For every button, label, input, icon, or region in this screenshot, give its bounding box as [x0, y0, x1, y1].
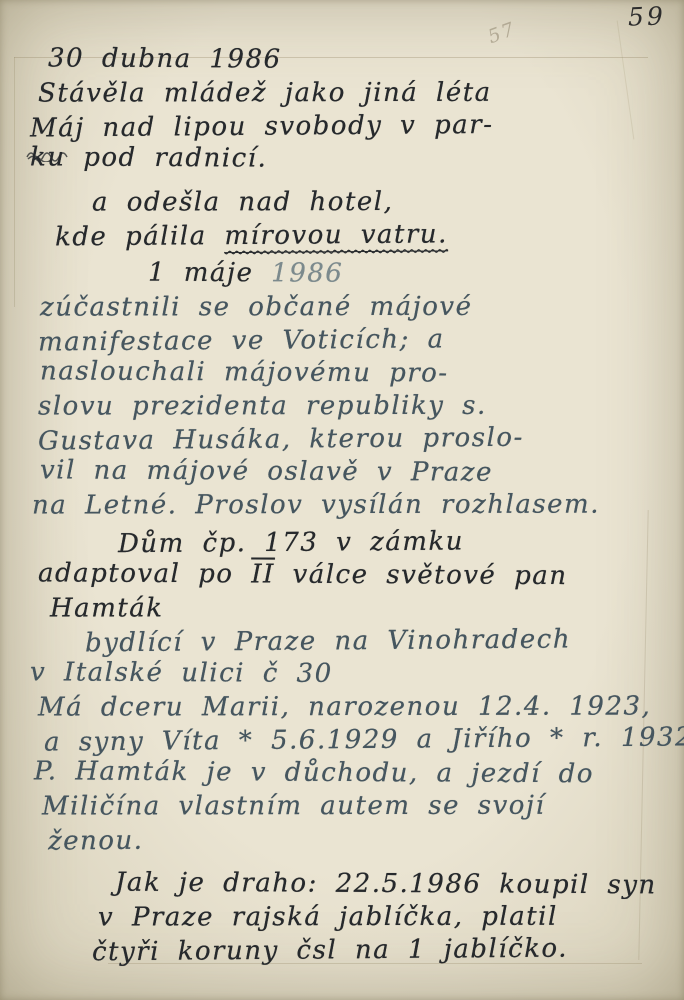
text-segment: naslouchali májovému pro- [40, 356, 449, 388]
text-segment: Stávěla mládež jako jiná léta [38, 78, 492, 109]
manuscript-line: na Letné. Proslov vysílán rozhlasem. [32, 488, 674, 522]
text-segment: II [251, 559, 275, 589]
text-segment: adaptoval po [38, 558, 251, 589]
text-segment: P. Hamták je v důchodu, a jezdí do [34, 756, 594, 789]
manuscript-line: 30 dubna 1986 [48, 42, 674, 78]
manuscript-text: 30 dubna 1986Stávěla mládež jako jiná lé… [30, 44, 674, 967]
text-segment: v Praze rajská jablíčka, platil [98, 902, 558, 933]
manuscript-line: Má dceru Marii, narozenou 12.4. 1923, [38, 690, 674, 724]
text-segment: slovu prezidenta republiky s. [38, 391, 487, 422]
manuscript-line: čtyři koruny čsl na 1 jablíčko. [92, 932, 674, 970]
manuscript-line: naslouchali májovému pro- [40, 355, 674, 391]
manuscript-line: zúčastnili se občané májové [40, 290, 674, 324]
text-segment: Miličína vlastním autem se svojí [42, 791, 545, 822]
manuscript-line: P. Hamták je v důchodu, a jezdí do [34, 755, 674, 791]
manuscript-line: a odešla nad hotel, [92, 185, 674, 219]
manuscript-line: Hamták [50, 591, 674, 625]
text-segment: a odešla nad hotel, [92, 187, 393, 218]
manuscript-line: adaptoval po II válce světové pan [38, 557, 674, 593]
text-segment: Jak je draho: 22.5.1986 koupil syn [115, 868, 657, 901]
text-segment: 1 máje [148, 258, 271, 289]
text-segment: v Italské ulici č 30 [30, 657, 333, 689]
text-segment: zúčastnili se občané májové [40, 292, 473, 323]
manuscript-line: Jak je draho: 22.5.1986 koupil syn [115, 867, 674, 903]
manuscript-line: Miličína vlastním autem se svojí [42, 789, 674, 823]
text-segment: kde pálila [55, 221, 225, 252]
manuscript-line: v Praze rajská jablíčka, platil [98, 900, 674, 934]
manuscript-line: Gustava Husáka, kterou proslo- [38, 421, 674, 459]
text-segment: a syny Víta * 5.6.1929 a Jiřího * r. 193… [44, 722, 684, 757]
text-segment: Dům čp. 173 v zámku [118, 526, 464, 559]
text-segment: Máj nad lipou svobody v par- [30, 110, 494, 144]
manuscript-line: v Italské ulici č 30 [30, 656, 674, 692]
text-segment: bydlící v Praze na Vinohradech [85, 624, 571, 658]
manuscript-line: slovu prezidenta republiky s. [38, 389, 674, 423]
manuscript-line: Stávěla mládež jako jiná léta [38, 76, 674, 110]
manuscript-line: 1 máje 1986 [148, 257, 674, 293]
text-segment: mírovou vatru. [224, 219, 448, 253]
manuscript-line: ženou. [48, 821, 674, 859]
paper-crease [14, 57, 15, 307]
text-segment: čtyři koruny čsl na 1 jablíčko. [92, 934, 568, 968]
text-segment: ženou. [48, 826, 144, 857]
text-segment: ku pod radnicí. [30, 142, 267, 173]
manuscript-line: manifestace ve Voticích; a [38, 322, 674, 360]
manuscript-line: vil na májové oslavě v Praze [40, 454, 674, 490]
chronicle-page: 59 57 30 dubna 1986Stávěla mládež jako j… [0, 0, 684, 1000]
text-segment: 30 dubna 1986 [48, 43, 282, 74]
manuscript-line: Dům čp. 173 v zámku [118, 524, 674, 561]
text-segment: Gustava Husáka, kterou proslo- [38, 423, 524, 457]
text-segment: Má dceru Marii, narozenou 12.4. 1923, [38, 691, 651, 722]
manuscript-line: ku pod radnicí. [30, 141, 674, 177]
text-segment: Hamták [50, 593, 164, 623]
text-segment: manifestace ve Voticích; a [38, 324, 445, 357]
text-segment: na Letné. Proslov vysílán rozhlasem. [32, 490, 600, 521]
manuscript-line: bydlící v Praze na Vinohradech [85, 623, 674, 661]
manuscript-line: Máj nad lipou svobody v par- [30, 107, 674, 145]
text-segment: válce světové pan [275, 560, 568, 592]
text-segment: 1986 [271, 258, 343, 288]
manuscript-line: a syny Víta * 5.6.1929 a Jiřího * r. 193… [44, 722, 674, 760]
text-segment: vil na májové oslavě v Praze [40, 455, 493, 487]
manuscript-line: kde pálila mírovou vatru. [55, 217, 674, 255]
page-number: 59 [628, 1, 667, 31]
